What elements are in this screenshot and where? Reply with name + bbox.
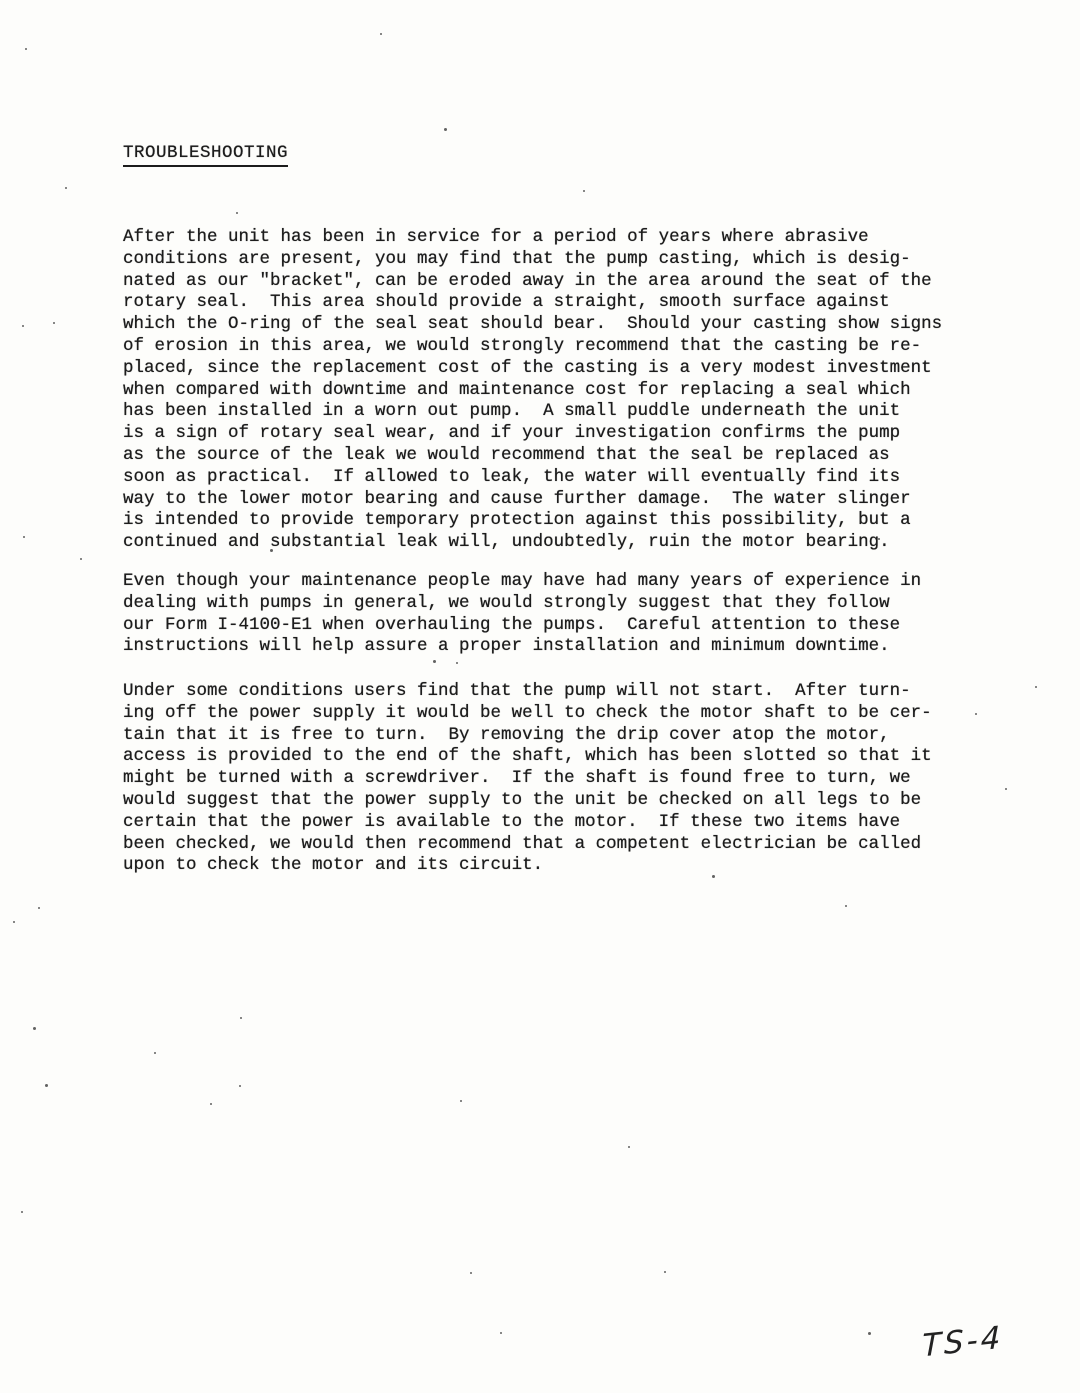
speckle [240,1017,242,1019]
speckle [22,325,24,327]
speckle [80,558,82,560]
speckle [456,662,458,664]
speckle [433,660,436,663]
scanned-document-page: TROUBLESHOOTING After the unit has been … [0,0,1080,1393]
speckle [460,1100,462,1102]
speckle [500,1332,502,1334]
speckle [470,1272,472,1274]
paragraph-pump-will-not-start: Under some conditions users find that th… [123,681,963,877]
speckle [296,545,298,547]
speckle [444,128,447,131]
speckle [664,1271,666,1273]
speckle [21,1211,23,1213]
speckle [1005,788,1007,790]
speckle [33,1027,36,1030]
speckle [1035,686,1037,688]
speckle [154,1052,156,1054]
speckle [239,1085,241,1087]
speckle [236,212,238,214]
speckle [65,187,67,189]
paragraph-seal-wear: After the unit has been in service for a… [123,227,963,554]
speckle [868,1332,871,1335]
speckle [13,921,15,923]
speckle [712,875,715,878]
handwritten-page-number: TS-4 [922,1320,1003,1365]
speckle [583,190,585,192]
speckle [628,1146,630,1148]
speckle [210,1103,212,1105]
speckle [270,549,273,552]
speckle [845,905,847,907]
speckle [975,713,977,715]
speckle [23,536,25,538]
speckle [25,48,27,50]
page-title: TROUBLESHOOTING [123,143,288,167]
speckle [878,538,880,540]
speckle [45,1084,48,1087]
speckle [380,33,382,35]
paragraph-overhaul-form: Even though your maintenance people may … [123,571,963,658]
speckle [53,322,55,324]
speckle [38,907,40,909]
